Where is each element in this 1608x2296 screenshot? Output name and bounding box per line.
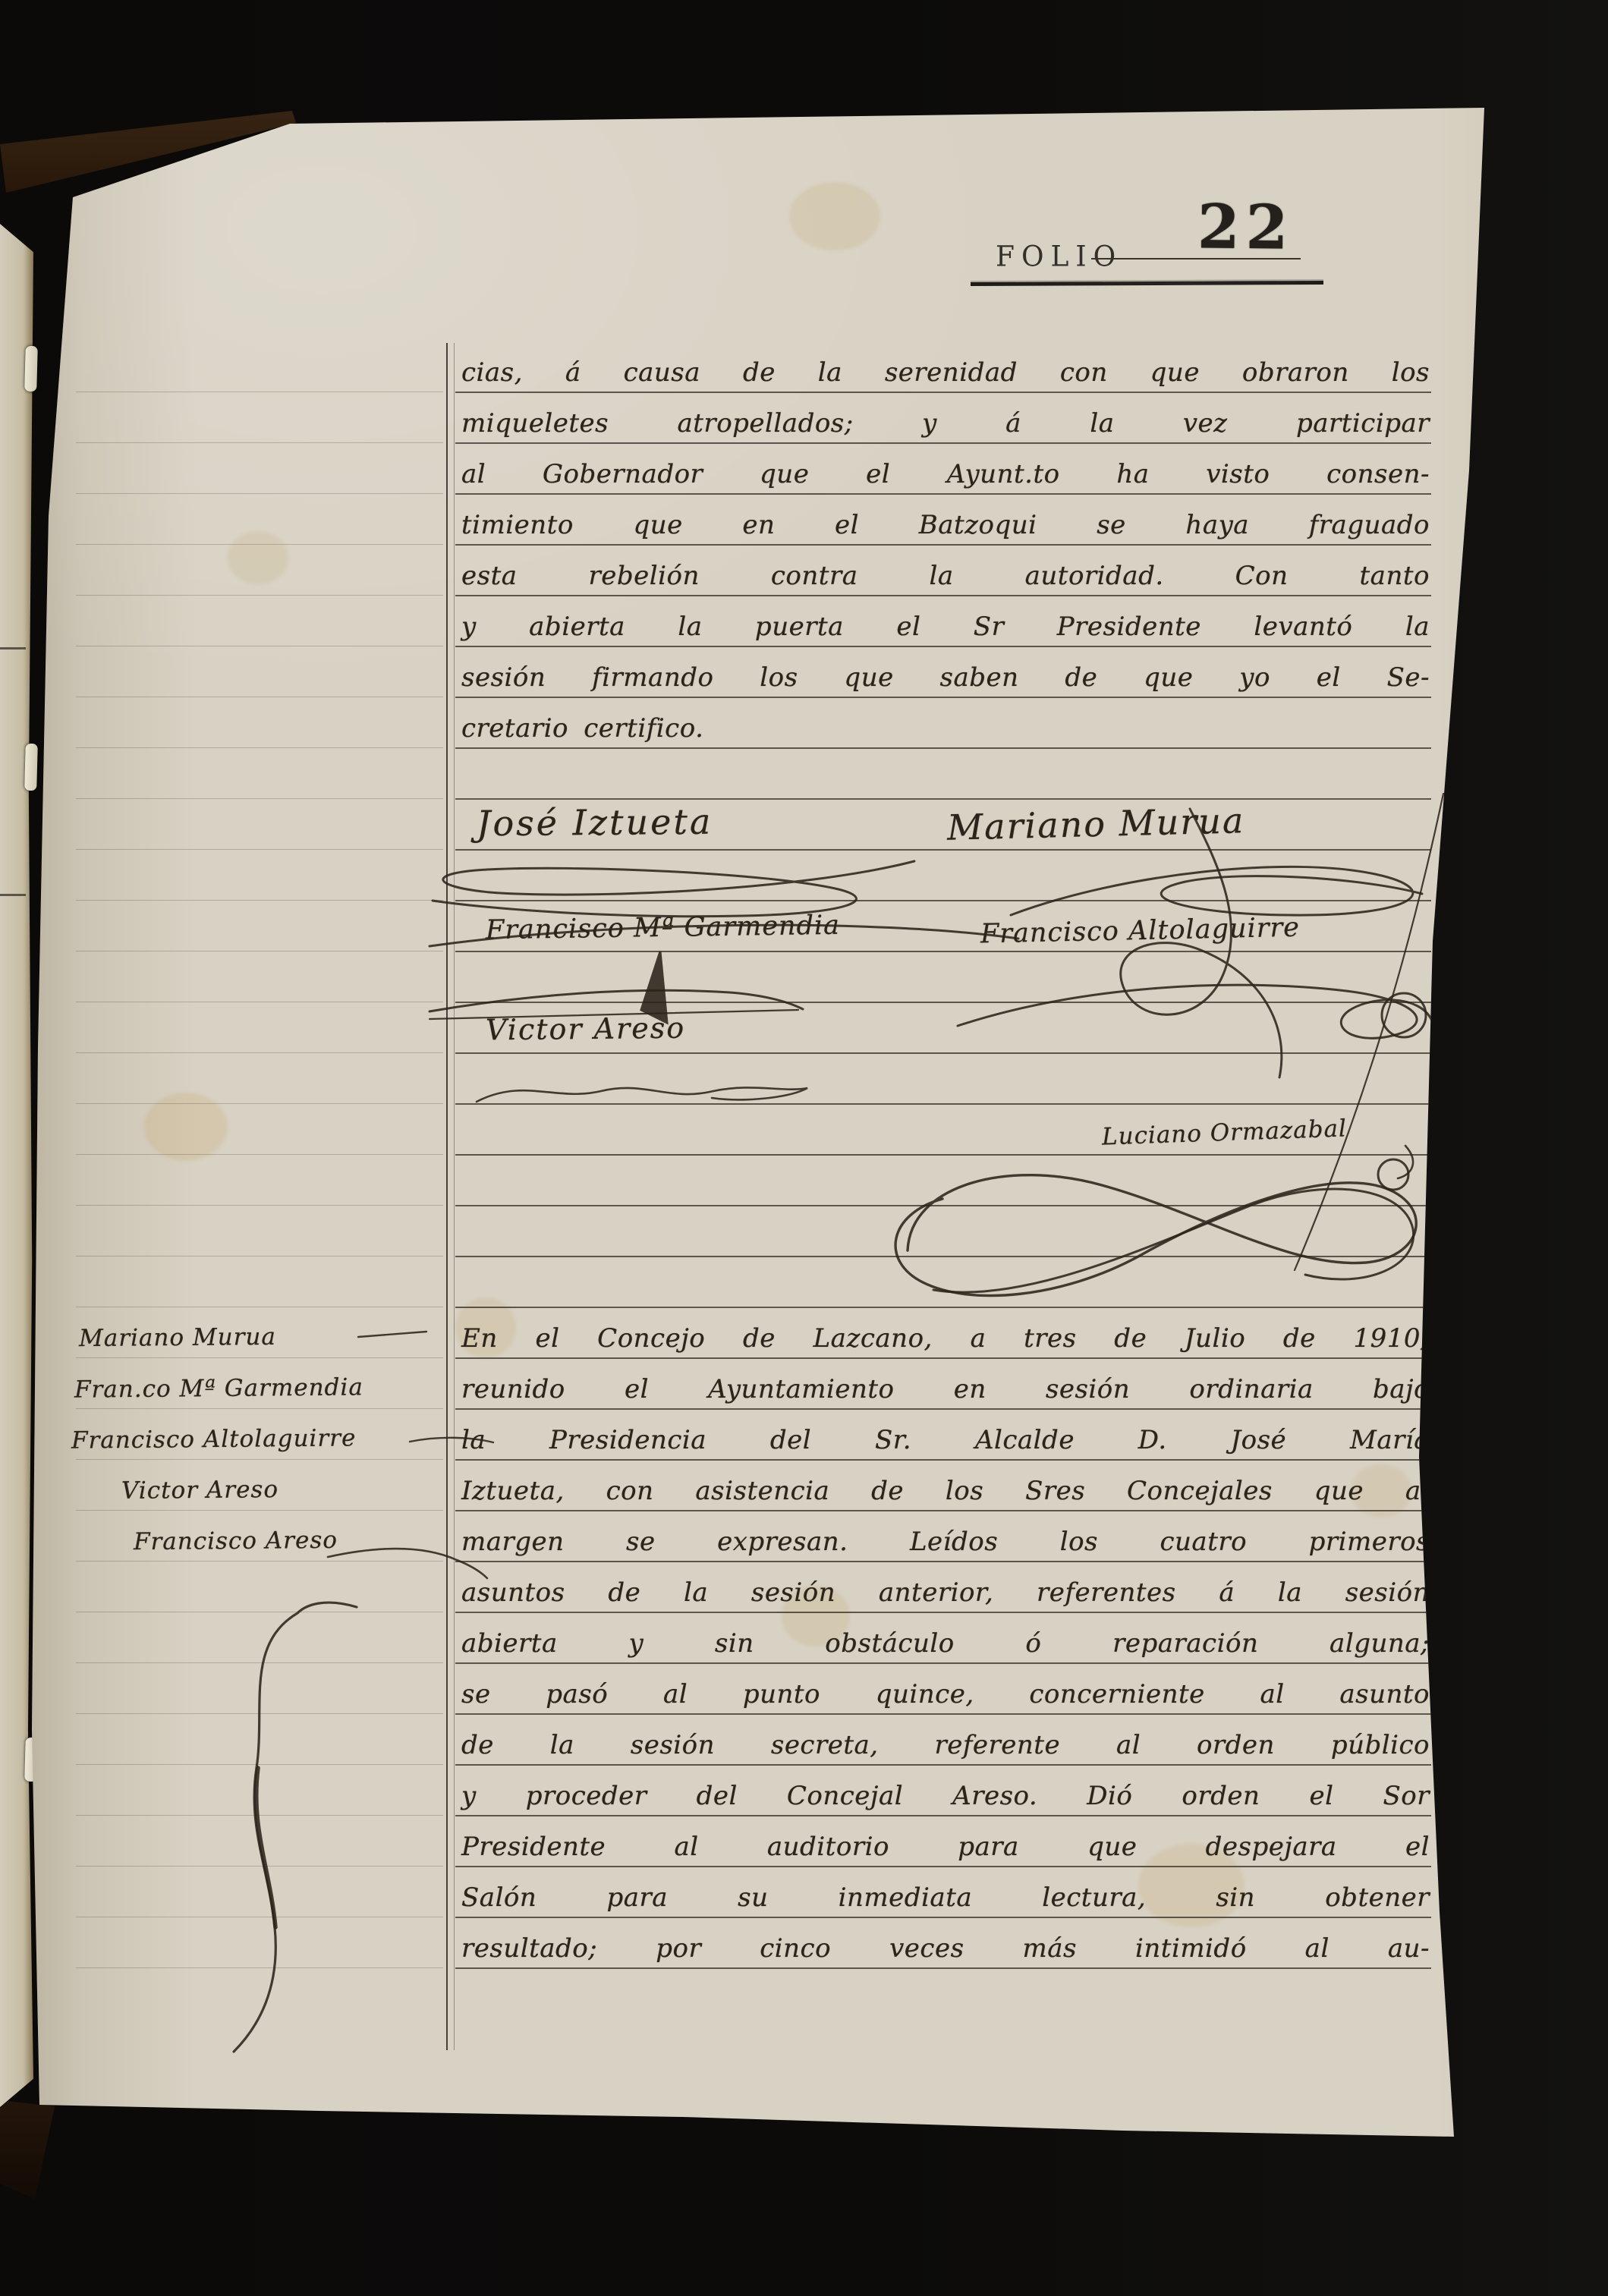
ruled-line: [455, 798, 1431, 800]
ruled-line-margin: [76, 1408, 443, 1409]
ruled-line: [455, 392, 1431, 393]
ruled-line-margin: [76, 442, 443, 443]
ruled-line-margin: [76, 951, 443, 951]
manuscript-line: sesión firmando los que saben de que yo …: [461, 660, 1430, 695]
ruled-line: [455, 595, 1431, 596]
paper-stain: [789, 182, 880, 250]
manuscript-line: esta rebelión contra la autoridad. Con t…: [461, 558, 1430, 593]
ruled-line: [455, 1408, 1431, 1410]
ruled-line: [455, 1205, 1431, 1206]
ruled-line-margin: [76, 1307, 443, 1307]
ruled-line-margin: [76, 1917, 443, 1917]
ruled-line-margin: [76, 1205, 443, 1206]
margin-attendee-name: Mariano Murua: [79, 1322, 276, 1354]
ruled-line-margin: [76, 493, 443, 494]
signature-luciano-ormazabal: Luciano Ormazabal: [1102, 1117, 1348, 1149]
document-page: FOLIO 22 cias, á causa de la serenidad c…: [0, 0, 1608, 2296]
manuscript-line: la Presidencia del Sr. Alcalde D. José M…: [461, 1423, 1430, 1458]
scanned-book-photo: FOLIO 22 cias, á causa de la serenidad c…: [0, 0, 1608, 2296]
ruled-line: [455, 544, 1431, 546]
ruled-line: [455, 951, 1431, 952]
margin-attendee-name: Francisco Altolaguirre: [71, 1423, 357, 1455]
signature-victor-areso: Victor Areso: [486, 1014, 685, 1045]
ruled-line-margin: [76, 1357, 443, 1358]
ruled-line-margin: [76, 1103, 443, 1104]
ruled-line: [455, 1612, 1431, 1613]
signature-francisco-garmendia: Francisco Mª Garmendia: [486, 913, 840, 945]
manuscript-line: cretario certifico.: [461, 711, 1430, 746]
ruled-line: [455, 442, 1431, 444]
ruled-line: [455, 1764, 1431, 1766]
ruled-line-margin: [76, 747, 443, 748]
margin-attendee-name: Francisco Areso: [134, 1525, 338, 1557]
ruled-line-margin: [76, 1967, 443, 1968]
ruled-line: [455, 1510, 1431, 1511]
ruled-line-margin: [76, 1154, 443, 1155]
manuscript-line: asuntos de la sesión anterior, referente…: [461, 1575, 1430, 1610]
manuscript-line: de la sesión secreta, referente al orden…: [461, 1728, 1430, 1763]
ruled-line-margin: [76, 595, 443, 596]
ruled-line: [455, 1103, 1431, 1105]
ruled-line-margin: [76, 392, 443, 392]
ruled-line: [455, 1154, 1431, 1156]
ruled-line-margin: [76, 1713, 443, 1714]
ruled-line-margin: [76, 1815, 443, 1816]
manuscript-line: miqueletes atropellados; y á la vez part…: [461, 406, 1430, 441]
header-rule: [971, 281, 1323, 286]
ruled-line: [455, 1917, 1431, 1918]
previous-page-edge: [0, 224, 33, 2107]
ruled-line: [455, 1002, 1431, 1003]
ruled-line: [455, 1561, 1431, 1562]
folio-label: FOLIO: [996, 241, 1122, 273]
ruled-line: [455, 697, 1431, 698]
ruled-line-margin: [76, 849, 443, 850]
ruled-line-margin: [76, 1866, 443, 1867]
margin-attendee-name: Fran.co Mª Garmendia: [74, 1372, 363, 1404]
manuscript-line: margen se expresan. Leídos los cuatro pr…: [461, 1524, 1430, 1559]
manuscript-line: se pasó al punto quince, concerniente al…: [461, 1677, 1430, 1712]
signature-mariano-murua: Mariano Murua: [946, 803, 1245, 845]
manuscript-line: Presidente al auditorio para que despeja…: [461, 1829, 1430, 1864]
ruled-line: [455, 1713, 1431, 1715]
page-edge-mark: [0, 647, 26, 649]
margin-divider-rule-secondary: [454, 343, 455, 2050]
manuscript-line: Salón para su inmediata lectura, sin obt…: [461, 1880, 1430, 1915]
binding-leather-corner: [0, 2100, 68, 2206]
ruled-line-margin: [76, 1256, 443, 1257]
ruled-line: [455, 747, 1431, 749]
ruled-line: [455, 1967, 1431, 1969]
ruled-line: [455, 1256, 1431, 1257]
folio-number-stamp: 22: [1197, 190, 1295, 263]
ruled-line-margin: [76, 1612, 443, 1612]
manuscript-line: resultado; por cinco veces más intimidó …: [461, 1931, 1430, 1966]
manuscript-line: En el Concejo de Lazcano, a tres de Juli…: [461, 1321, 1430, 1356]
ruled-line-margin: [76, 1764, 443, 1765]
ruled-line-margin: [76, 1459, 443, 1460]
ruled-line: [455, 1307, 1431, 1308]
binding-stitch: [24, 346, 38, 392]
ruled-line-margin: [76, 697, 443, 697]
ruled-line-margin: [76, 1002, 443, 1002]
ruled-line-margin: [76, 798, 443, 799]
page-edge-mark: [0, 894, 26, 896]
paper-stain: [607, 2125, 691, 2185]
margin-divider-rule: [446, 343, 448, 2050]
ruled-line-margin: [76, 544, 443, 545]
manuscript-line: y abierta la puerta el Sr Presidente lev…: [461, 609, 1430, 644]
ruled-line-margin: [76, 900, 443, 901]
ruled-line: [455, 1866, 1431, 1867]
manuscript-line: timiento que en el Batzoqui se haya frag…: [461, 508, 1430, 543]
binding-stitch: [24, 744, 38, 791]
manuscript-line: al Gobernador que el Ayunt.to ha visto c…: [461, 457, 1430, 492]
ruled-line-margin: [76, 646, 443, 646]
ruled-line: [455, 1815, 1431, 1816]
ruled-line: [455, 1459, 1431, 1461]
ruled-line: [455, 1357, 1431, 1359]
ruled-line-margin: [76, 1662, 443, 1663]
ruled-line: [455, 1052, 1431, 1054]
ruled-line: [455, 1662, 1431, 1664]
signature-francisco-altolaguirre: Francisco Altolaguirre: [980, 915, 1301, 948]
folio-underline: [1091, 258, 1301, 259]
manuscript-line: reunido el Ayuntamiento en sesión ordina…: [461, 1372, 1430, 1407]
ruled-line: [455, 849, 1431, 851]
manuscript-line: abierta y sin obstáculo ó reparación alg…: [461, 1626, 1430, 1661]
ruled-line: [455, 646, 1431, 647]
manuscript-line: y proceder del Concejal Areso. Dió orden…: [461, 1779, 1430, 1813]
paper-stain: [228, 531, 288, 584]
manuscript-line: cias, á causa de la serenidad con que ob…: [461, 355, 1430, 390]
ruled-line-margin: [76, 1561, 443, 1562]
ruled-line: [455, 493, 1431, 495]
manuscript-line: Iztueta, con asistencia de los Sres Conc…: [461, 1474, 1430, 1508]
signature-jose-iztueta: José Iztueta: [477, 804, 713, 841]
margin-attendee-name: Victor Areso: [121, 1474, 278, 1506]
ruled-line-margin: [76, 1510, 443, 1511]
ruled-line-margin: [76, 1052, 443, 1053]
ruled-line: [455, 900, 1431, 901]
